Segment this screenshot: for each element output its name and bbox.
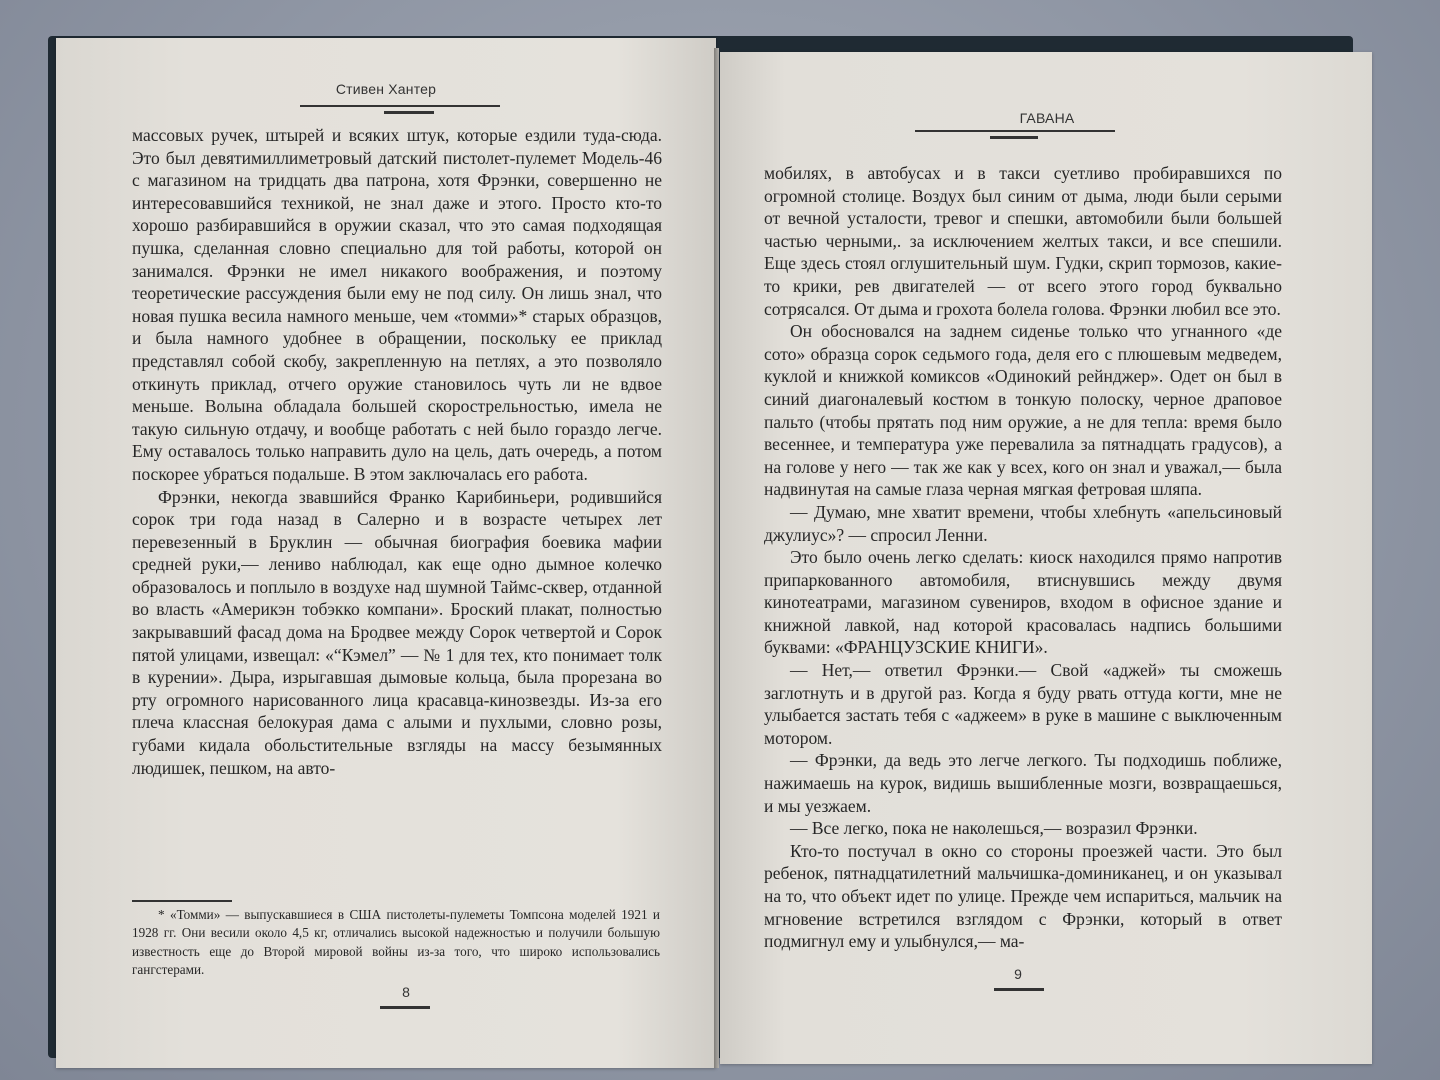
header-rule bbox=[915, 130, 1115, 132]
paragraph: Он обосновался на заднем сиденье только … bbox=[764, 320, 1282, 501]
right-page: ГАВАНА мобилях, в автобусах и в такси су… bbox=[720, 52, 1372, 1064]
paragraph: — Все легко, пока не наколешься,— возраз… bbox=[764, 817, 1282, 840]
header-rule bbox=[300, 105, 500, 107]
header-rule-accent bbox=[384, 111, 434, 114]
left-page: Стивен Хантер массовых ручек, штырей и в… bbox=[56, 38, 716, 1068]
footnote: * «Томми» — выпускавшиеся в США пистолет… bbox=[132, 906, 660, 980]
footnote-rule bbox=[132, 900, 232, 902]
book-gutter bbox=[714, 48, 719, 1068]
paragraph: — Думаю, мне хватит времени, чтобы хлебн… bbox=[764, 501, 1282, 546]
page-number: 8 bbox=[356, 984, 456, 1000]
paragraph: мобилях, в автобусах и в такси суетливо … bbox=[764, 162, 1282, 320]
paragraph: Кто-то постучал в окно со стороны проезж… bbox=[764, 840, 1282, 953]
folio-rule bbox=[380, 1006, 430, 1009]
paragraph: Фрэнки, некогда звавшийся Франко Карибин… bbox=[132, 486, 662, 780]
header-rule-accent bbox=[990, 136, 1038, 139]
paragraph: Это было очень легко сделать: киоск нахо… bbox=[764, 546, 1282, 659]
footnote-text: * «Томми» — выпускавшиеся в США пистолет… bbox=[132, 906, 660, 980]
body-text: массовых ручек, штырей и всяких штук, ко… bbox=[132, 124, 662, 779]
running-head-author: Стивен Хантер bbox=[56, 81, 716, 97]
folio-rule bbox=[994, 988, 1044, 991]
paragraph: — Нет,— ответил Фрэнки.— Свой «аджей» ты… bbox=[764, 659, 1282, 749]
paragraph: — Фрэнки, да ведь это легче легкого. Ты … bbox=[764, 749, 1282, 817]
running-head-title: ГАВАНА bbox=[720, 110, 1374, 126]
paragraph: массовых ручек, штырей и всяких штук, ко… bbox=[132, 124, 662, 486]
page-number: 9 bbox=[968, 966, 1068, 982]
body-text: мобилях, в автобусах и в такси суетливо … bbox=[764, 162, 1282, 953]
